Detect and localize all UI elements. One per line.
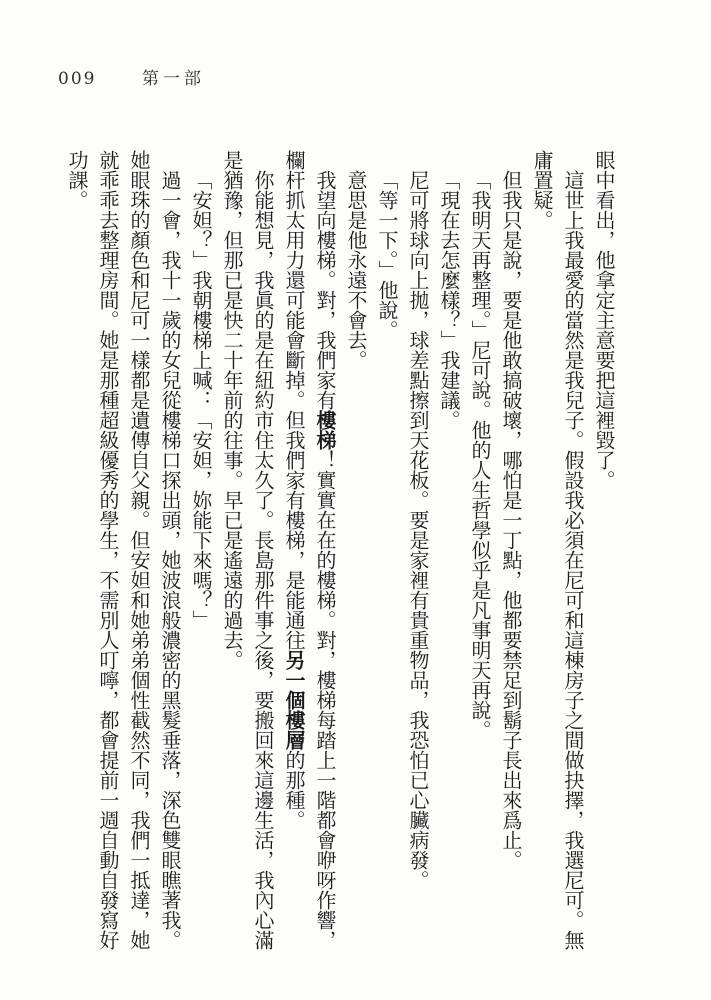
paragraph: 我望向樓梯。對，我們家有樓梯！實實在在的樓梯。對，樓梯每踏上一階都會咿呀作響，欄… (278, 150, 340, 965)
part-title: 第一部 (142, 69, 205, 89)
text-run: 過一會，我十一歲的女兒從樓梯口探出頭，她波浪般濃密的黑髮垂落，深色雙眼瞧著我。她… (65, 150, 182, 950)
paragraph: 「安妲？」我朝樓梯上喊：「安妲，妳能下來嗎？」 (185, 150, 216, 965)
paragraph: 你能想見，我眞的是在紐約市住太久了。長島那件事之後，要搬回來這邊生活，我內心滿是… (216, 150, 278, 965)
text-run: 我望向樓梯。對，我們家有 (313, 170, 337, 410)
text-run: 但我只是說，要是他敢搞破壞，哪怕是一丁點，他都要禁足到鬍子長出來爲止。 (499, 170, 523, 870)
paragraph: 眼中看出，他拿定主意要把這裡毀了。 (588, 150, 619, 965)
text-run: 眼中看出，他拿定主意要把這裡毀了。 (592, 150, 616, 490)
paragraph: 但我只是說，要是他敢搞破壞，哪怕是一丁點，他都要禁足到鬍子長出來爲止。 (495, 150, 526, 965)
text-run: 「等一下。」他說。 (375, 170, 399, 340)
emphasis-text: 另一個樓層 (282, 650, 306, 750)
text-run: 你能想見，我眞的是在紐約市住太久了。長島那件事之後，要搬回來這邊生活，我內心滿是… (220, 150, 275, 950)
book-page: 009 第一部 眼中看出，他拿定主意要把這裡毀了。這世上我最愛的當然是我兒子。假… (0, 0, 711, 1000)
text-run: 這世上我最愛的當然是我兒子。假設我必須在尼可和這棟房子之間做抉擇，我選尼可。無庸… (530, 150, 585, 950)
paragraph: 尼可將球向上拋，球差點擦到天花板。要是家裡有貴重物品，我恐怕已心臟病發。 (402, 150, 433, 965)
paragraph: 「等一下。」他說。 (371, 150, 402, 965)
text-run: 「我明天再整理。」尼可說。他的人生哲學似乎是凡事明天再說。 (468, 170, 492, 740)
paragraph: 「現在去怎麼樣？」我建議。 (433, 150, 464, 965)
paragraph: 過一會，我十一歲的女兒從樓梯口探出頭，她波浪般濃密的黑髮垂落，深色雙眼瞧著我。她… (61, 150, 185, 965)
text-run: 意思是他永遠不會去。 (344, 170, 368, 370)
running-head: 009 第一部 (58, 64, 205, 89)
text-run: 「現在去怎麼樣？」我建議。 (437, 170, 461, 430)
text-run: 的那種。 (282, 750, 306, 830)
paragraph: 意思是他永遠不會去。 (340, 150, 371, 965)
text-run: 尼可將球向上拋，球差點擦到天花板。要是家裡有貴重物品，我恐怕已心臟病發。 (406, 170, 430, 890)
text-run: 「安妲？」我朝樓梯上喊：「安妲，妳能下來嗎？」 (189, 170, 213, 630)
body-text: 眼中看出，他拿定主意要把這裡毀了。這世上我最愛的當然是我兒子。假設我必須在尼可和… (59, 150, 619, 965)
emphasis-text: 樓梯 (313, 410, 337, 450)
paragraph: 「我明天再整理。」尼可說。他的人生哲學似乎是凡事明天再說。 (464, 150, 495, 965)
paragraph: 這世上我最愛的當然是我兒子。假設我必須在尼可和這棟房子之間做抉擇，我選尼可。無庸… (526, 150, 588, 965)
page-number: 009 (58, 69, 96, 89)
